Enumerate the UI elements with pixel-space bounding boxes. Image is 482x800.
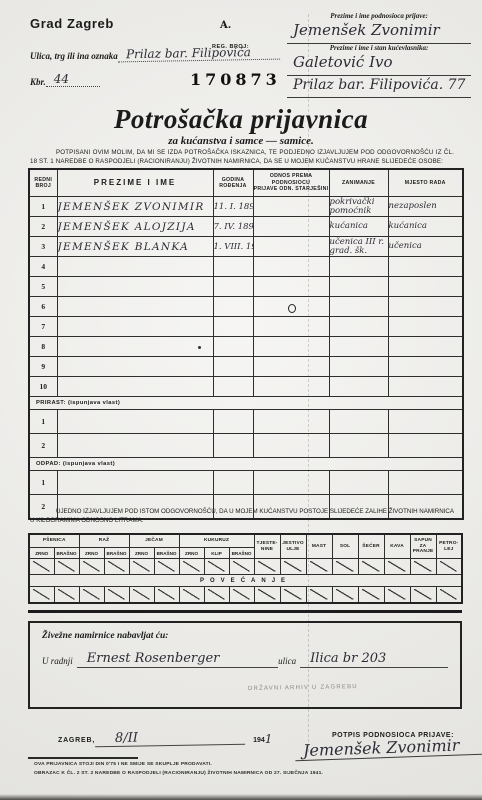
row-number: 1 [29, 410, 57, 434]
occupation-cell [329, 377, 388, 397]
crossed-cell [332, 559, 358, 575]
scanned-form-page: Grad Zagreb A. REG. BROJ: Ulica, trg ili… [0, 0, 482, 800]
sub-brasno: BRAŠNO [229, 548, 254, 559]
name-cell: JEMENŠEK BLANKA [57, 237, 213, 257]
col-odnos: ODNOS PREMA PODNOSIOCU PRIJAVE ODN. STAR… [253, 169, 329, 197]
relation-cell [253, 197, 329, 217]
occupation-cell [329, 410, 388, 434]
kbr-value-handwritten: 44 [46, 72, 100, 87]
occupation-cell [329, 277, 388, 297]
sub-brasno: BRAŠNO [104, 548, 129, 559]
workplace-cell [388, 471, 463, 495]
name-cell [57, 377, 213, 397]
col-kava: KAVA [384, 534, 410, 559]
applicant-block: Prezime i ime podnosioca prijave: Jemenš… [287, 12, 471, 98]
name-cell [57, 297, 213, 317]
form-subtitle: za kućanstva i samce — samice. [0, 135, 482, 147]
name-cell [57, 434, 213, 458]
scan-edge-shadow [0, 794, 482, 800]
col-raz: RAŽ [79, 534, 129, 548]
person-row: 6 [29, 297, 463, 317]
row-number: 2 [29, 434, 57, 458]
workplace-cell [388, 410, 463, 434]
crossed-cell [410, 587, 436, 604]
house-number-line: Kbr. 44 [30, 72, 100, 87]
relation-cell [253, 217, 329, 237]
workplace-cell [388, 277, 463, 297]
household-members-table: REDNI BROJ PREZIME I IME GODINA ROĐENJA … [28, 168, 464, 520]
name-cell: JEMENŠEK ALOJZIJA [57, 217, 213, 237]
name-cell [57, 277, 213, 297]
birth-cell [213, 471, 253, 495]
birth-cell: 11. I. 1896 [213, 197, 253, 217]
birth-cell [213, 357, 253, 377]
workplace-cell [388, 337, 463, 357]
declaration-paragraph: POTPISANI OVIM MOLIM, DA MI SE IZDA POTR… [30, 149, 454, 166]
crossed-cell [154, 559, 179, 575]
sub-klip: KLIP [204, 548, 229, 559]
col-redni-broj: REDNI BROJ [29, 169, 57, 197]
row-number: 2 [29, 217, 57, 237]
date-city-label: ZAGREB, [58, 737, 95, 746]
crossed-cell [204, 559, 229, 575]
workplace-cell [388, 257, 463, 277]
odpad-band: ODPAD: (ispunjava vlast) [29, 458, 463, 471]
name-cell [57, 471, 213, 495]
shop-street-handwritten: Ilica br 203 [300, 651, 448, 668]
col-tjestenine: TJESTE- NINE [254, 534, 280, 559]
col-secer: ŠEĆER [358, 534, 384, 559]
row-number: 3 [29, 237, 57, 257]
person-row: 4 [29, 257, 463, 277]
col-prezime-ime: PREZIME I IME [57, 169, 213, 197]
col-jecam: JEČAM [129, 534, 179, 548]
relation-cell [253, 257, 329, 277]
crossed-cell [384, 587, 410, 604]
name-cell [57, 410, 213, 434]
relation-cell [253, 377, 329, 397]
fold-line [308, 14, 309, 752]
form-title: Potrošačka prijavnica [0, 104, 482, 135]
crossed-cell [104, 559, 129, 575]
col-jestivo-ulje: JESTIVO ULJE [280, 534, 306, 559]
occupation-cell: kućanica [329, 217, 388, 237]
purchase-intro: Živežne namirnice nabavljat ću: [42, 631, 168, 641]
crossed-cell [154, 587, 179, 604]
year-handwritten: 1 [265, 732, 273, 746]
col-psenica: PŠENICA [29, 534, 79, 548]
crossed-cell [280, 587, 306, 604]
col-petrolej: PETRO- LEJ [436, 534, 462, 559]
crossed-cell [129, 587, 154, 604]
owner-name-handwritten: Galetović Ivo [287, 52, 471, 76]
row-number: 6 [29, 297, 57, 317]
occupation-cell [329, 297, 388, 317]
row-number: 4 [29, 257, 57, 277]
street-label: Ulica, trg ili ina oznaka [30, 51, 118, 61]
crossed-cell [204, 587, 229, 604]
signature-handwritten: Jemenšek Zvonimir [295, 735, 482, 762]
person-row: 10 [29, 377, 463, 397]
supplies-paragraph: UJEDNO IZJAVLJUJEM POD ISTOM ODGOVORNOŠĆ… [30, 508, 454, 525]
purchase-box: Živežne namirnice nabavljat ću: U radnji… [28, 621, 462, 709]
birth-cell [213, 434, 253, 458]
crossed-cell [254, 587, 280, 604]
birth-cell [213, 257, 253, 277]
purchase-line: U radnji Ernest Rosenberger ulica Ilica … [42, 651, 448, 668]
supplies-increase-row [29, 587, 462, 604]
divider-rule [28, 610, 462, 613]
col-godina: GODINA ROĐENJA [213, 169, 253, 197]
relation-cell [253, 410, 329, 434]
city-heading: Grad Zagreb [30, 16, 114, 31]
birth-cell: 7. IV. 1899 [213, 217, 253, 237]
row-number: 9 [29, 357, 57, 377]
footnote-price: OVA PRIJAVNICA STOJI DIN 0'75 I NE SMIJE… [34, 762, 364, 767]
person-row: 2 JEMENŠEK ALOJZIJA 7. IV. 1899 kućanica… [29, 217, 463, 237]
crossed-cell [254, 559, 280, 575]
crossed-cell [358, 587, 384, 604]
street-value-handwritten: Prilaz bar. Filipovića [118, 45, 280, 63]
crossed-cell [104, 587, 129, 604]
archive-stamp: DRŽAVNI ARHIV U ZAGREBU [248, 684, 358, 692]
section-letter: A. [220, 20, 231, 31]
col-mjesto-rada: MJESTO RADA [388, 169, 463, 197]
sub-zrno: ZRNO [129, 548, 154, 559]
person-row: 1 JEMENŠEK ZVONIMIR 11. I. 1896 pokrivač… [29, 197, 463, 217]
person-row: 5 [29, 277, 463, 297]
relation-cell [253, 337, 329, 357]
crossed-cell [179, 587, 204, 604]
increase-label: POVEĆANJE [29, 575, 462, 587]
supplies-table: PŠENICA RAŽ JEČAM KUKURUZ TJESTE- NINE J… [28, 533, 463, 604]
occupation-cell [329, 471, 388, 495]
crossed-cell [29, 559, 54, 575]
supplies-group-header: PŠENICA RAŽ JEČAM KUKURUZ TJESTE- NINE J… [29, 534, 462, 548]
crossed-cell [410, 559, 436, 575]
person-row: 3 JEMENŠEK BLANKA 1. VIII. 1926 učenica … [29, 237, 463, 257]
applicant-label: Prezime i ime podnosioca prijave: [287, 12, 471, 20]
relation-cell [253, 471, 329, 495]
crossed-cell [280, 559, 306, 575]
occupation-cell [329, 434, 388, 458]
col-sapun: SAPUN ZA PRANJE [410, 534, 436, 559]
person-row: 9 [29, 357, 463, 377]
supplies-values-row [29, 559, 462, 575]
sub-zrno: ZRNO [179, 548, 204, 559]
birth-cell [213, 277, 253, 297]
prirast-band: PRIRAST: (ispunjava vlast) [29, 397, 463, 410]
shop-label: U radnji [42, 656, 77, 668]
crossed-cell [436, 587, 462, 604]
crossed-cell [54, 587, 79, 604]
crossed-cell [54, 559, 79, 575]
row-number: 1 [29, 471, 57, 495]
col-kukuruz: KUKURUZ [179, 534, 254, 548]
crossed-cell [358, 559, 384, 575]
owner-address-handwritten: Prilaz bar. Filipovića. 77 [287, 76, 471, 98]
col-sol: SOL [332, 534, 358, 559]
workplace-cell [388, 434, 463, 458]
owner-label: Prezime i ime i stan kućevlasnika: [287, 44, 471, 52]
odpad-label: ODPAD: (ispunjava vlast) [29, 458, 463, 471]
birth-cell: 1. VIII. 1926 [213, 237, 253, 257]
date-line: ZAGREB, 8/II 194 1 [58, 730, 272, 746]
name-cell [57, 337, 213, 357]
row-number: 1 [29, 197, 57, 217]
prirast-row: 1 [29, 410, 463, 434]
crossed-cell [79, 587, 104, 604]
crossed-cell [436, 559, 462, 575]
crossed-cell [306, 587, 332, 604]
shop-name-handwritten: Ernest Rosenberger [77, 651, 278, 668]
occupation-cell: pokrivački pomoćnik [329, 197, 388, 217]
col-mast: MAST [306, 534, 332, 559]
relation-cell [253, 357, 329, 377]
occupation-cell [329, 337, 388, 357]
shop-street-label: ulica [278, 656, 300, 668]
birth-cell [213, 297, 253, 317]
sub-zrno: ZRNO [79, 548, 104, 559]
occupation-cell [329, 257, 388, 277]
row-number: 5 [29, 277, 57, 297]
crossed-cell [332, 587, 358, 604]
crossed-cell [79, 559, 104, 575]
person-row: 7 [29, 317, 463, 337]
workplace-cell [388, 377, 463, 397]
sub-brasno: BRAŠNO [54, 548, 79, 559]
sub-brasno: BRAŠNO [154, 548, 179, 559]
birth-cell [213, 337, 253, 357]
kbr-label: Kbr. [30, 77, 46, 87]
relation-cell [253, 434, 329, 458]
birth-cell [213, 317, 253, 337]
row-number: 10 [29, 377, 57, 397]
applicant-name-handwritten: Jemenšek Zvonimir [287, 20, 471, 44]
crossed-cell [129, 559, 154, 575]
relation-cell [253, 277, 329, 297]
workplace-cell: učenica [388, 237, 463, 257]
crossed-cell [29, 587, 54, 604]
occupation-cell: učenica III r. grad. šk. [329, 237, 388, 257]
street-line: Ulica, trg ili ina oznaka Prilaz bar. Fi… [30, 46, 280, 61]
col-zanimanje: ZANIMANJE [329, 169, 388, 197]
sub-zrno: ZRNO [29, 548, 54, 559]
workplace-cell [388, 297, 463, 317]
relation-cell [253, 317, 329, 337]
registration-number-stamp: 170873 [190, 70, 281, 89]
crossed-cell [306, 559, 332, 575]
year-printed: 194 [245, 737, 265, 746]
occupation-cell [329, 357, 388, 377]
workplace-cell: kućanica [388, 217, 463, 237]
date-handwritten: 8/II [95, 729, 245, 748]
crossed-cell [384, 559, 410, 575]
row-number: 7 [29, 317, 57, 337]
name-cell [57, 317, 213, 337]
increase-band: POVEĆANJE [29, 575, 462, 587]
person-row: 8 [29, 337, 463, 357]
workplace-cell [388, 357, 463, 377]
name-cell: JEMENŠEK ZVONIMIR [57, 197, 213, 217]
name-cell [57, 357, 213, 377]
workplace-cell: nezaposlen [388, 197, 463, 217]
odpad-row: 1 [29, 471, 463, 495]
crossed-cell [229, 559, 254, 575]
occupation-cell [329, 317, 388, 337]
crossed-cell [229, 587, 254, 604]
crossed-cell [179, 559, 204, 575]
birth-cell [213, 410, 253, 434]
relation-cell [253, 297, 329, 317]
table-header-row: REDNI BROJ PREZIME I IME GODINA ROĐENJA … [29, 169, 463, 197]
prirast-row: 2 [29, 434, 463, 458]
relation-cell [253, 237, 329, 257]
row-number: 8 [29, 337, 57, 357]
prirast-label: PRIRAST: (ispunjava vlast) [29, 397, 463, 410]
name-cell [57, 257, 213, 277]
footnote-rule [28, 757, 138, 759]
birth-cell [213, 377, 253, 397]
workplace-cell [388, 317, 463, 337]
footnote-regulation: OBRAZAC K ČL. 2 ST. 2 NAREDBE O RASPODJE… [34, 771, 364, 776]
